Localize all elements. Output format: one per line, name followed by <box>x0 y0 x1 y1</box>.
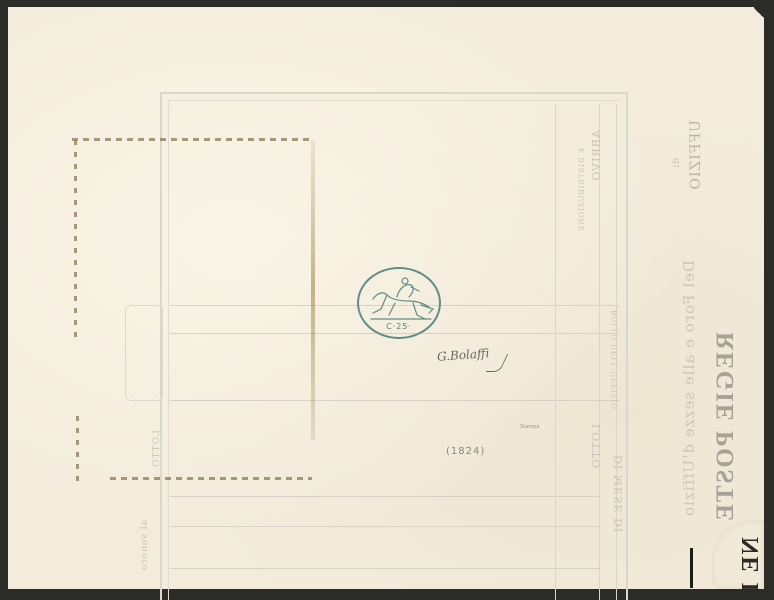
stamp-value: C·25· <box>359 322 439 331</box>
bleed-col-header-3: LOTTO <box>590 424 603 469</box>
fold-mark-top <box>72 138 314 141</box>
ink-bar <box>690 548 693 588</box>
bleed-col-header-1: ARRIVO <box>590 130 603 182</box>
fold-mark-bottom <box>110 477 312 480</box>
form-inner-border <box>168 100 620 600</box>
fold-stain <box>311 140 315 440</box>
bleed-top-sublabel: di <box>672 158 682 169</box>
row-divider <box>170 496 600 497</box>
fold-mark-left-lower <box>76 416 79 484</box>
bleed-col-header-2: BOLLO DELL'UFFIZIO <box>611 310 619 410</box>
small-print-mark: Stampa <box>520 424 539 430</box>
bleed-col-header-1-sub: E DISTRIBUZIONE <box>578 148 586 232</box>
bleed-col-header-4: DI MESE DI <box>612 455 625 533</box>
row-divider <box>170 526 600 527</box>
bleed-subline: Del Foro e alle sezze d'Uffizio <box>680 260 698 517</box>
bleed-headline: REGIE POSTE <box>712 332 740 523</box>
bleed-left-label: LOTTO <box>152 430 162 468</box>
side-box <box>125 305 163 401</box>
row-divider <box>170 400 620 401</box>
scan-frame: UFFIZIO di Del Foro e alle sezze d'Uffiz… <box>0 0 774 600</box>
row-divider <box>555 400 600 401</box>
postal-stamp: C·25· <box>357 267 441 339</box>
paper-corner <box>754 7 764 19</box>
fold-mark-left <box>74 140 77 340</box>
bleed-top-label: UFFIZIO <box>688 120 704 191</box>
bleed-left-label-2: al sonoro <box>140 520 150 571</box>
year-annotation: (1824) <box>446 446 485 457</box>
row-divider <box>170 568 600 569</box>
headline-fragment: NE I <box>738 537 765 594</box>
